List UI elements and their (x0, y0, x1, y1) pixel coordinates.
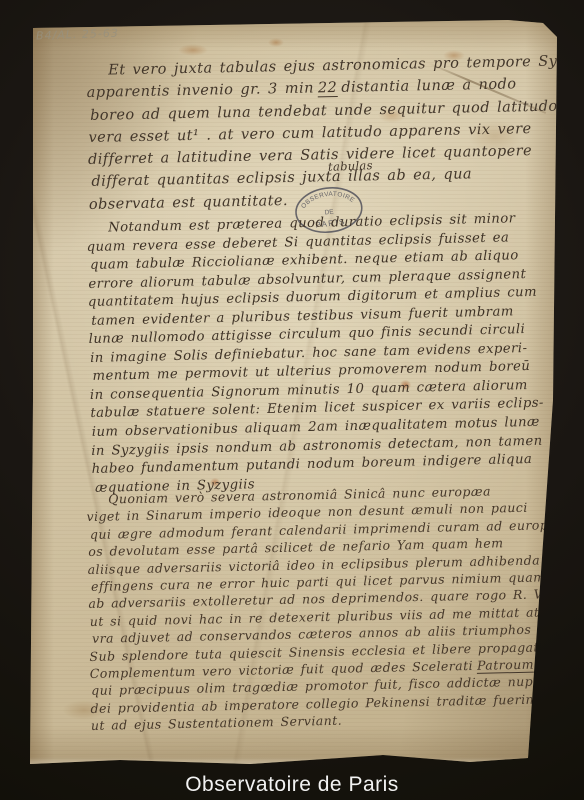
foxing-stain (178, 44, 208, 56)
text-segment: apparentis invenio gr. 3 min (87, 81, 315, 102)
underlined-word: Patroum (477, 657, 534, 674)
foxing-stain (268, 38, 284, 47)
text-segment: distantia lunæ a nodo (341, 77, 517, 97)
paragraph-3: Quoniam verò severa astronomiâ Sinicâ nu… (86, 481, 567, 734)
interlinear-insertion: tabulas (328, 158, 373, 174)
manuscript-page: B4/AL. 25-63 Et vero juxta tabulas ejus … (28, 20, 559, 767)
photograph-backdrop: B4/AL. 25-63 Et vero juxta tabulas ejus … (0, 0, 584, 800)
underlined-number: 22 (318, 80, 338, 97)
shelfmark-annotation: B4/AL. 25-63 (36, 27, 119, 43)
paragraph-2: Notandum est præterea quod duratio eclip… (86, 209, 566, 498)
caption-text: Observatoire de Paris (0, 773, 584, 797)
